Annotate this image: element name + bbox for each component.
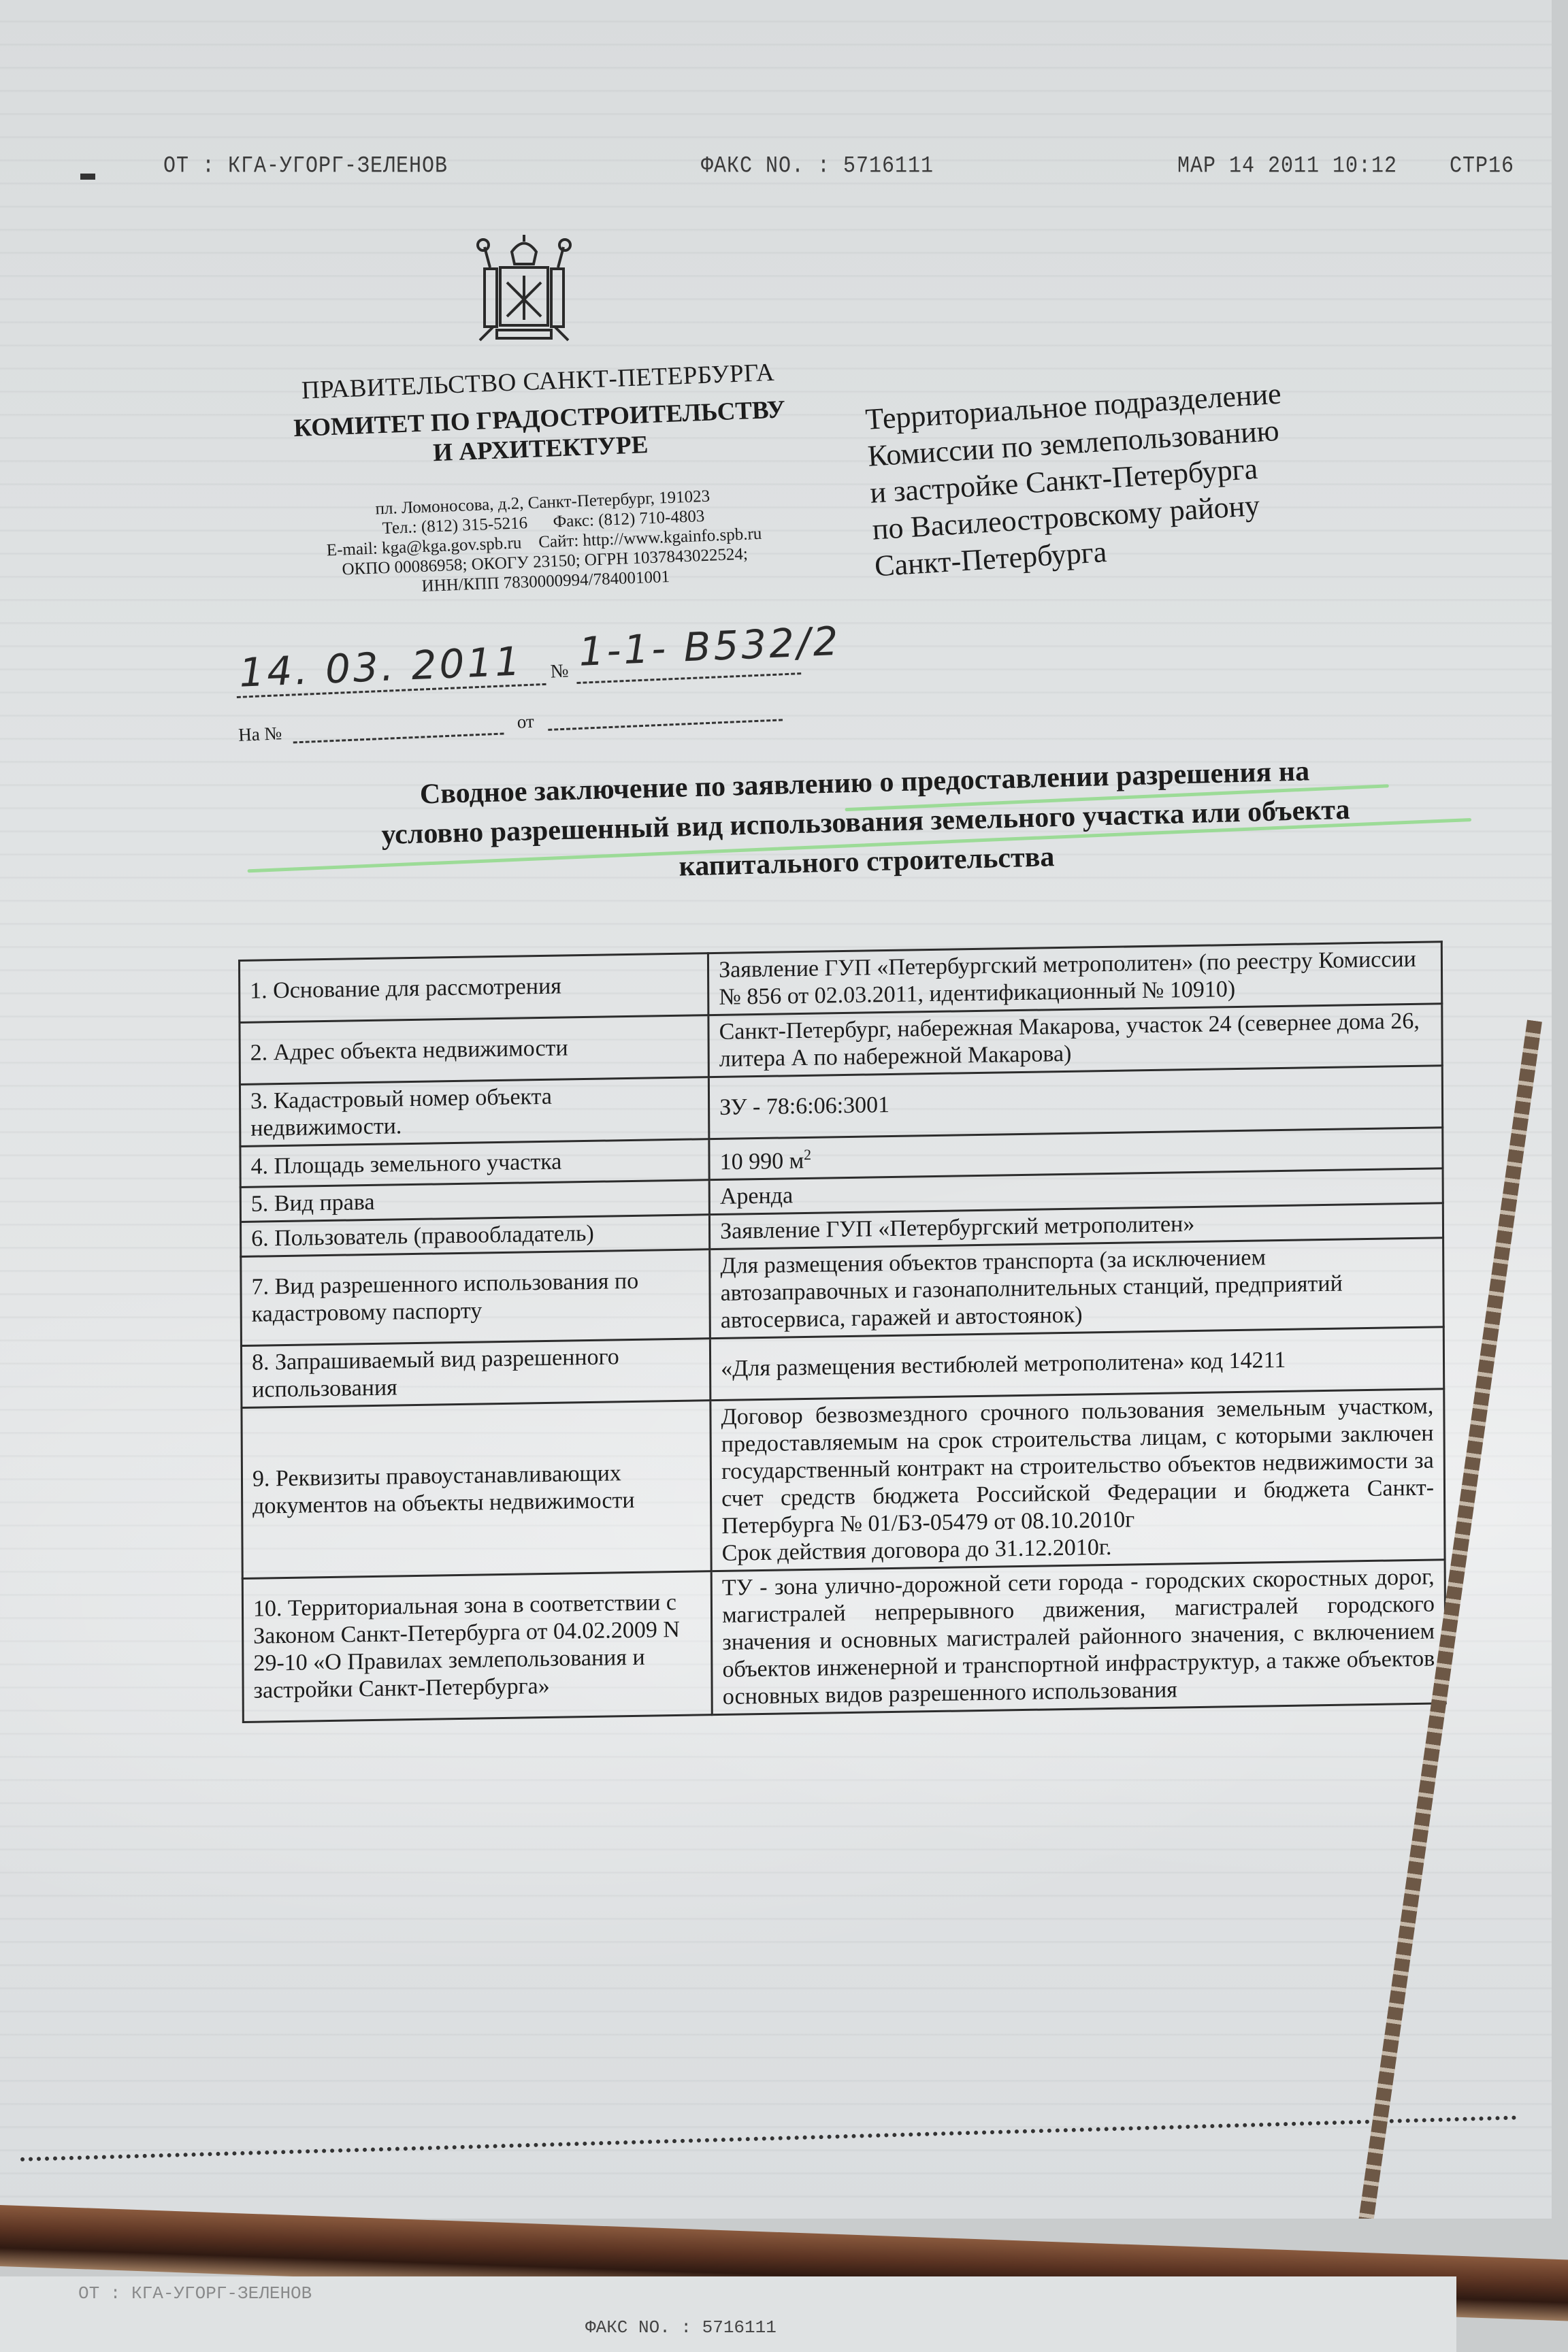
table-row: 9. Реквизиты правоустанавливающих докуме… [242, 1389, 1445, 1579]
fax-mark [80, 174, 95, 180]
addressee-block: Территориальное подразделение Комиссии п… [864, 368, 1405, 585]
fax-page-number: СТР16 [1450, 153, 1514, 180]
letterhead: ПРАВИТЕЛЬСТВО САНКТ-ПЕТЕРБУРГА КОМИТЕТ П… [259, 357, 825, 602]
row-label: 4. Площадь земельного участка [240, 1139, 709, 1188]
row-value-text: ТУ - зона улично-дорожной сети города - … [722, 1565, 1435, 1710]
coat-of-arms-icon [463, 228, 585, 344]
next-fax-from: ОТ : КГА-УГОРГ-ЗЕЛЕНОВ [78, 2283, 312, 2304]
unit-exponent: 2 [804, 1146, 811, 1163]
row-value: Договор безвозмездного срочного пользова… [710, 1389, 1445, 1571]
row-value-text: Заявление ГУП «Петербургский метрополите… [720, 1211, 1194, 1244]
fax-number: ФАКС NO. : 5716111 [701, 153, 934, 180]
row-label: 8. Запрашиваемый вид разрешенного исполь… [241, 1339, 710, 1408]
document-title: Сводное заключение по заявлению о предос… [252, 747, 1480, 898]
row-label: 3. Кадастровый номер объекта недвижимост… [240, 1077, 709, 1147]
row-value: «Для размещения вестибюлей метрополитена… [710, 1327, 1444, 1401]
row-value-text: Договор безвозмездного срочного пользова… [721, 1394, 1435, 1539]
row-label: 9. Реквизиты правоустанавливающих докуме… [242, 1401, 711, 1579]
row-value: Для размещения объектов транспорта (за и… [710, 1238, 1443, 1339]
number-label: № [550, 661, 569, 683]
fax-datetime: МАР 14 2011 10:12 [1177, 153, 1397, 180]
reply-number-label: На № [238, 723, 282, 746]
contacts-block: пл. Ломоносова, д.2, Санкт-Петербург, 19… [263, 482, 825, 602]
reply-date-blank [548, 719, 783, 730]
row-label: 2. Адрес объекта недвижимости [240, 1015, 709, 1085]
row-value: Заявление ГУП «Петербургский метрополите… [708, 942, 1442, 1015]
row-value-text: Для размещения объектов транспорта (за и… [720, 1245, 1342, 1334]
row-value: ЗУ - 78:6:06:3001 [709, 1066, 1443, 1139]
row-label: 10. Территориальная зона в соответствии … [242, 1571, 712, 1722]
handwritten-number: 1-1- В532/2 [578, 618, 842, 675]
table-row: 10. Территориальная зона в соответствии … [242, 1560, 1445, 1722]
fax-from: ОТ : КГА-УГОРГ-ЗЕЛЕНОВ [163, 153, 448, 180]
page-perforation [20, 2116, 1517, 2161]
row-value: Санкт-Петербург, набережная Макарова, уч… [708, 1004, 1442, 1077]
reply-from-label: от [517, 711, 534, 733]
row-label: 1. Основание для рассмотрения [240, 953, 709, 1023]
registration-line: 14. 03. 2011 № 1-1- В532/2 На № от [235, 621, 918, 732]
row-value-text: «Для размещения вестибюлей метрополитена… [721, 1347, 1286, 1382]
row-value-text: Заявление ГУП «Петербургский метрополите… [719, 947, 1416, 1010]
summary-table: 1. Основание для рассмотренияЗаявление Г… [238, 941, 1447, 1723]
next-fax-page: ОТ : КГА-УГОРГ-ЗЕЛЕНОВ ФАКС NO. : 571611… [0, 2276, 1456, 2352]
row-value-text: ЗУ - 78:6:06:3001 [719, 1092, 889, 1120]
number-underline [576, 672, 801, 684]
row-value-text: Аренда [720, 1183, 793, 1210]
fax-page: ОТ : КГА-УГОРГ-ЗЕЛЕНОВ ФАКС NO. : 571611… [0, 0, 1552, 2219]
reply-number-blank [293, 733, 504, 744]
row-value-text: Санкт-Петербург, набережная Макарова, уч… [719, 1009, 1420, 1072]
row-value-text: 10 990 м [720, 1148, 804, 1175]
next-fax-number: ФАКС NO. : 5716111 [585, 2317, 777, 2338]
row-value: ТУ - зона улично-дорожной сети города - … [711, 1560, 1445, 1715]
row-label: 7. Вид разрешенного использования по кад… [241, 1249, 710, 1346]
